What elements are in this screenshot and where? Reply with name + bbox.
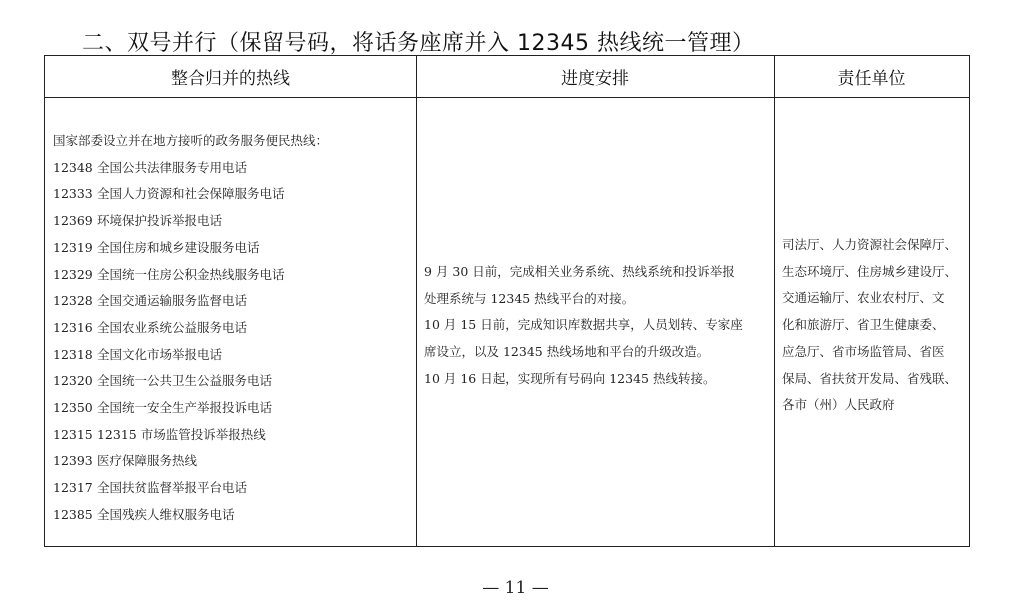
hotline-item: 12333 全国人力资源和社会保障服务电话 bbox=[53, 181, 408, 208]
column-divider bbox=[774, 56, 775, 546]
hotline-number: 12328 bbox=[53, 288, 93, 315]
hotline-name: 全国公共法律服务专用电话 bbox=[97, 160, 247, 175]
hotline-name: 全国住房和城乡建设服务电话 bbox=[97, 240, 260, 255]
hotline-number: 12317 bbox=[53, 475, 93, 502]
hotline-name: 全国农业系统公益服务电话 bbox=[97, 320, 247, 335]
hotline-number: 12385 bbox=[53, 502, 93, 529]
header-hotlines: 整合归并的热线 bbox=[45, 56, 416, 97]
hotline-name: 全国统一安全生产举报投诉电话 bbox=[97, 400, 272, 415]
header-divider bbox=[45, 97, 969, 98]
hotline-item: 12350 全国统一安全生产举报投诉电话 bbox=[53, 395, 408, 422]
hotline-item: 12328 全国交通运输服务监督电话 bbox=[53, 288, 408, 315]
hotline-item: 12393 医疗保障服务热线 bbox=[53, 448, 408, 475]
hotline-item: 12369 环境保护投诉举报电话 bbox=[53, 208, 408, 235]
hotline-name: 环境保护投诉举报电话 bbox=[97, 213, 222, 228]
hotlines-cell: 国家部委设立并在地方接听的政务服务便民热线： 12348 全国公共法律服务专用电… bbox=[53, 128, 408, 529]
hotline-name: 12315 市场监管投诉举报热线 bbox=[97, 427, 266, 442]
hotline-item: 12320 全国统一公共卫生公益服务电话 bbox=[53, 368, 408, 395]
units-line: 保局、省扶贫开发局、省残联、 bbox=[782, 366, 967, 393]
hotline-integration-table: 整合归并的热线 进度安排 责任单位 国家部委设立并在地方接听的政务服务便民热线：… bbox=[44, 55, 970, 547]
hotline-number: 12320 bbox=[53, 368, 93, 395]
hotline-item: 12319 全国住房和城乡建设服务电话 bbox=[53, 235, 408, 262]
hotline-number: 12316 bbox=[53, 315, 93, 342]
hotline-item: 12329 全国统一住房公积金热线服务电话 bbox=[53, 262, 408, 289]
hotline-item: 12318 全国文化市场举报电话 bbox=[53, 342, 408, 369]
hotline-item: 12385 全国残疾人维权服务电话 bbox=[53, 502, 408, 529]
responsible-units-cell: 司法厅、人力资源社会保障厅、 生态环境厅、住房城乡建设厅、 交通运输厅、农业农村… bbox=[782, 232, 967, 419]
hotline-name: 全国残疾人维权服务电话 bbox=[97, 507, 235, 522]
units-line: 交通运输厅、农业农村厅、文 bbox=[782, 285, 967, 312]
column-divider bbox=[416, 56, 417, 546]
schedule-line: 席设立，以及 12345 热线场地和平台的升级改造。 bbox=[424, 339, 769, 366]
hotline-item: 12315 12315 市场监管投诉举报热线 bbox=[53, 422, 408, 449]
hotline-item: 12316 全国农业系统公益服务电话 bbox=[53, 315, 408, 342]
hotline-name: 全国交通运输服务监督电话 bbox=[97, 293, 247, 308]
hotline-name: 全国扶贫监督举报平台电话 bbox=[97, 480, 247, 495]
units-line: 应急厅、省市场监管局、省医 bbox=[782, 339, 967, 366]
section-title: 二、双号并行（保留号码，将话务座席并入 12345 热线统一管理） bbox=[82, 26, 754, 57]
hotline-number: 12369 bbox=[53, 208, 93, 235]
units-line: 生态环境厅、住房城乡建设厅、 bbox=[782, 259, 967, 286]
schedule-cell: 9 月 30 日前，完成相关业务系统、热线系统和投诉举报 处理系统与 12345… bbox=[424, 259, 769, 393]
hotline-number: 12318 bbox=[53, 342, 93, 369]
units-line: 各市（州）人民政府 bbox=[782, 392, 967, 419]
hotline-number: 12393 bbox=[53, 448, 93, 475]
header-responsible-units: 责任单位 bbox=[774, 56, 969, 97]
hotline-number: 12348 bbox=[53, 155, 93, 182]
page-number: — 11 — bbox=[0, 578, 1031, 598]
hotline-name: 医疗保障服务热线 bbox=[97, 453, 197, 468]
hotline-number: 12329 bbox=[53, 262, 93, 289]
hotline-item: 12348 全国公共法律服务专用电话 bbox=[53, 155, 408, 182]
header-schedule: 进度安排 bbox=[416, 56, 774, 97]
hotline-number: 12350 bbox=[53, 395, 93, 422]
units-line: 化和旅游厅、省卫生健康委、 bbox=[782, 312, 967, 339]
hotline-number: 12333 bbox=[53, 181, 93, 208]
schedule-line: 10 月 15 日前，完成知识库数据共享，人员划转、专家座 bbox=[424, 312, 769, 339]
hotlines-intro: 国家部委设立并在地方接听的政务服务便民热线： bbox=[53, 128, 408, 155]
hotline-name: 全国统一住房公积金热线服务电话 bbox=[97, 267, 285, 282]
hotline-number: 12319 bbox=[53, 235, 93, 262]
schedule-line: 10 月 16 日起，实现所有号码向 12345 热线转接。 bbox=[424, 366, 769, 393]
hotline-name: 全国人力资源和社会保障服务电话 bbox=[97, 186, 285, 201]
hotline-name: 全国文化市场举报电话 bbox=[97, 347, 222, 362]
schedule-line: 处理系统与 12345 热线平台的对接。 bbox=[424, 286, 769, 313]
schedule-line: 9 月 30 日前，完成相关业务系统、热线系统和投诉举报 bbox=[424, 259, 769, 286]
units-line: 司法厅、人力资源社会保障厅、 bbox=[782, 232, 967, 259]
hotline-item: 12317 全国扶贫监督举报平台电话 bbox=[53, 475, 408, 502]
hotline-name: 全国统一公共卫生公益服务电话 bbox=[97, 373, 272, 388]
hotline-number: 12315 bbox=[53, 422, 93, 449]
